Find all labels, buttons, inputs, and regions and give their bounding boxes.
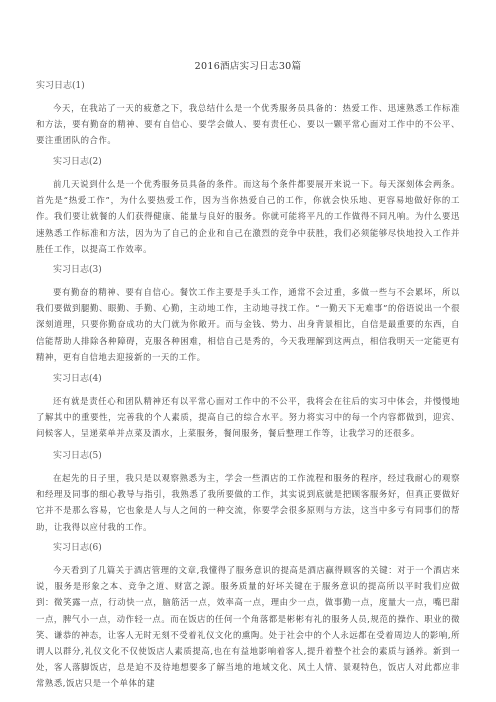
document-page: 2016酒店实习日志30篇 实习日志(1) 今天，在我站了一天的疲惫之下，我总结… [0,0,496,702]
entry-body: 前几天说到什么是一个优秀服务员具备的条件。而这每个条件都要展开来说一下。每天深刻… [36,176,460,257]
entry-heading: 实习日志(5) [36,448,460,464]
log-entry-1: 实习日志(1) 今天，在我站了一天的疲惫之下，我总结什么是一个优秀服务员具备的：… [36,78,460,149]
entry-body: 今天，在我站了一天的疲惫之下，我总结什么是一个优秀服务员具备的：热爱工作、迅速熟… [36,100,460,149]
document-title: 2016酒店实习日志30篇 [0,58,496,72]
log-entry-6: 实习日志(6) 今天看到了几篇关于酒店管理的文章,我懂得了服务意识的提高是酒店赢… [36,540,460,692]
entry-heading: 实习日志(3) [36,262,460,278]
entry-body: 还有就是责任心和团队精神还有以平常心面对工作中的不公平，我将会在往后的实习中体会… [36,393,460,442]
entry-heading: 实习日志(2) [36,154,460,170]
entry-body: 在起先的日子里，我只是以观察熟悉为主，学会一些酒店的工作流程和服务的程序，经过我… [36,470,460,535]
entry-heading: 实习日志(4) [36,371,460,387]
log-entry-5: 实习日志(5) 在起先的日子里，我只是以观察熟悉为主，学会一些酒店的工作流程和服… [36,448,460,535]
entry-body: 要有勤奋的精神、要有自信心。餐饮工作主要是手头工作，通常不会过重，多做一些与不会… [36,284,460,365]
entry-heading: 实习日志(1) [36,78,460,94]
log-entry-2: 实习日志(2) 前几天说到什么是一个优秀服务员具备的条件。而这每个条件都要展开来… [36,154,460,257]
entry-body: 今天看到了几篇关于酒店管理的文章,我懂得了服务意识的提高是酒店赢得顾客的关键：对… [36,562,460,692]
entry-heading: 实习日志(6) [36,540,460,556]
log-entry-4: 实习日志(4) 还有就是责任心和团队精神还有以平常心面对工作中的不公平，我将会在… [36,371,460,442]
log-entry-3: 实习日志(3) 要有勤奋的精神、要有自信心。餐饮工作主要是手头工作，通常不会过重… [36,262,460,365]
